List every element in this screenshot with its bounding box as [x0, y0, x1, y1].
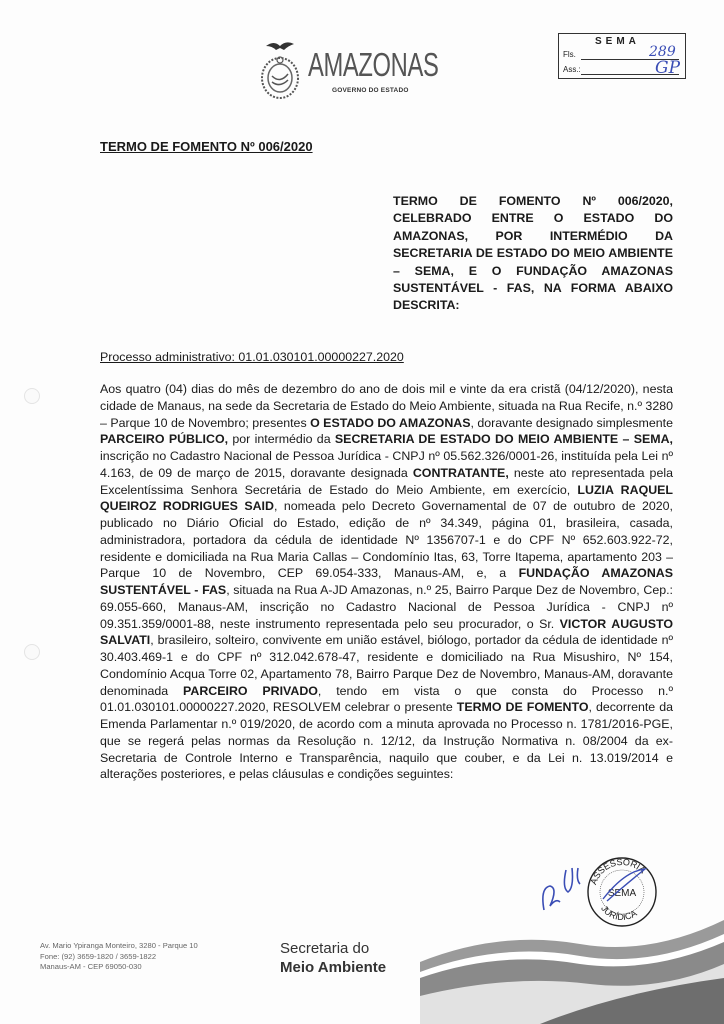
- footer-address: Av. Mario Ypiranga Monteiro, 3280 - Parq…: [40, 941, 198, 973]
- svg-text:ASSESSORIA: ASSESSORIA: [588, 857, 647, 886]
- text-segment: , doravante designado simplesmente: [470, 416, 673, 430]
- city-cep-line: Manaus-AM - CEP 69050-030: [40, 962, 198, 973]
- address-line: Av. Mario Ypiranga Monteiro, 3280 - Parq…: [40, 941, 198, 952]
- stamp-title: SEMA: [595, 36, 640, 47]
- amazonas-logo: AMAZONAS GOVERNO DO ESTADO: [258, 34, 448, 104]
- logo-wordmark: AMAZONAS: [308, 46, 438, 84]
- process-number: Processo administrativo: 01.01.030101.00…: [100, 350, 404, 364]
- bold-text-segment: O ESTADO DO AMAZONAS: [310, 416, 470, 430]
- document-summary: TERMO DE FOMENTO Nº 006/2020, CELEBRADO …: [393, 193, 673, 315]
- document-title: TERMO DE FOMENTO Nº 006/2020: [100, 139, 313, 154]
- text-segment: por intermédio da: [228, 432, 335, 446]
- bold-text-segment: PARCEIRO PRIVADO: [183, 684, 318, 698]
- state-crest-icon: [258, 38, 302, 102]
- logo-subtitle: GOVERNO DO ESTADO: [332, 87, 409, 94]
- document-body: Aos quatro (04) dias do mês de dezembro …: [100, 381, 673, 783]
- footer-brand: Secretaria do Meio Ambiente: [280, 939, 386, 977]
- ass-label: Ass.:: [563, 65, 581, 74]
- svg-text:JURÍDICA: JURÍDICA: [599, 904, 638, 923]
- fls-label: Fls.: [563, 50, 576, 59]
- punch-hole-mark: [24, 388, 40, 404]
- juridical-advisory-seal: ASSESSORIA JURÍDICA SEMA: [585, 855, 659, 929]
- document-page: AMAZONAS GOVERNO DO ESTADO SEMA Fls. Ass…: [0, 0, 724, 1024]
- punch-hole-mark: [24, 644, 40, 660]
- bold-text-segment: TERMO DE FOMENTO: [457, 700, 589, 714]
- bold-text-segment: CONTRATANTE,: [413, 466, 509, 480]
- bold-text-segment: PARCEIRO PÚBLICO,: [100, 432, 228, 446]
- brand-line-2: Meio Ambiente: [280, 958, 386, 977]
- phone-line: Fone: (92) 3659-1820 / 3659-1822: [40, 952, 198, 963]
- footer-wave-decoration: [420, 900, 724, 1024]
- bold-text-segment: SECRETARIA DE ESTADO DO MEIO AMBIENTE – …: [335, 432, 673, 446]
- sema-page-stamp: SEMA Fls. Ass.: 289 GP: [558, 33, 686, 79]
- brand-line-1: Secretaria do: [280, 939, 386, 958]
- ass-handwritten-initials: GP: [655, 58, 680, 78]
